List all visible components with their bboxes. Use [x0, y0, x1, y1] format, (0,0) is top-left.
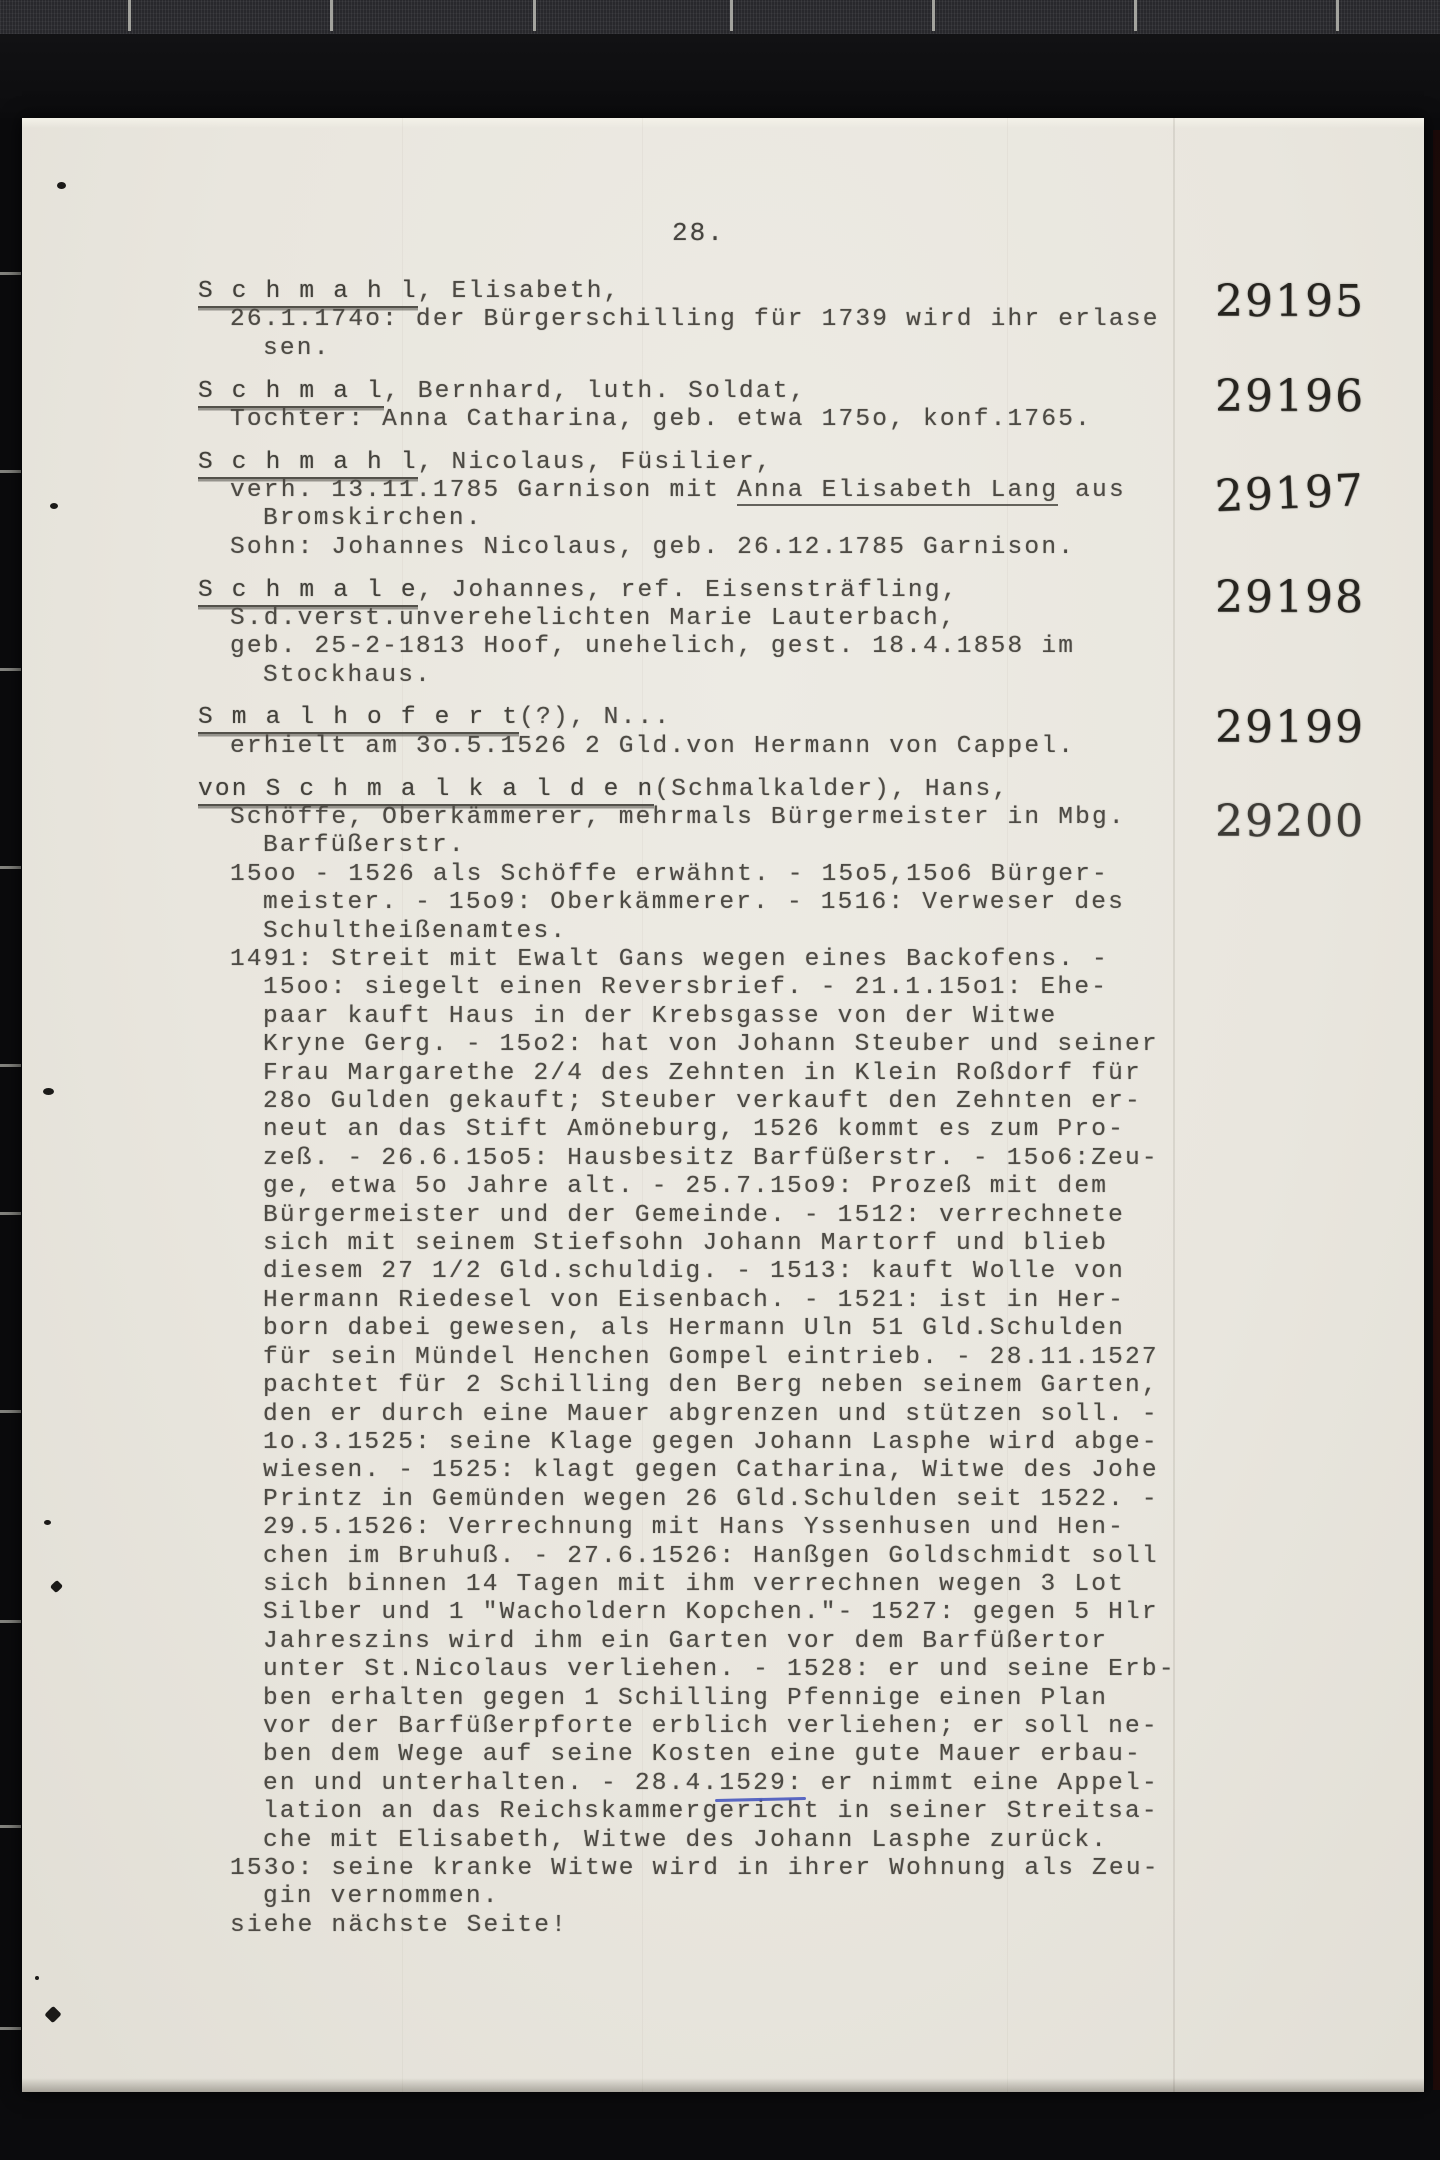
text-segment: Stockhaus. — [263, 662, 432, 689]
text-line: wiesen. - 1525: klagt gegen Catharina, W… — [263, 1457, 1258, 1485]
text-segment: 26.1.174o: der Bürgerschilling für 1739 … — [230, 306, 1160, 333]
text-segment: gin vernommen. — [263, 1883, 500, 1910]
film-frame-mark — [0, 1064, 21, 1067]
film-frame-mark — [932, 0, 935, 31]
text-segment: erhielt am 3o.5.1526 2 Gld.von Hermann v… — [230, 733, 1075, 760]
text-line: Bromskirchen. — [263, 505, 1258, 533]
text-segment: , Nicolaus, Füsilier, — [418, 449, 773, 476]
text-line: born dabei gewesen, als Hermann Uln 51 G… — [263, 1315, 1258, 1343]
underlined-text: S m a l h o f e r t — [198, 704, 519, 734]
text-segment: born dabei gewesen, als Hermann Uln 51 G… — [263, 1315, 1125, 1342]
text-segment: 29.5.1526: Verrechnung mit Hans Yssenhus… — [263, 1514, 1125, 1541]
text-line: S c h m a h l, Elisabeth, — [198, 278, 1258, 306]
film-frame-mark — [1134, 0, 1137, 31]
text-line: Printz in Gemünden wegen 26 Gld.Schulden… — [263, 1486, 1258, 1514]
register-entry: S c h m a l, Bernhard, luth. Soldat,Toch… — [198, 378, 1258, 435]
text-line: S m a l h o f e r t(?), N... — [198, 704, 1258, 732]
text-segment: , Johannes, ref. Eisensträfling, — [418, 577, 959, 604]
text-segment: Frau Margarethe 2/4 des Zehnten in Klein… — [263, 1060, 1142, 1087]
text-segment: (?), N... — [519, 704, 671, 731]
text-segment: sich binnen 14 Tagen mit ihm verrechnen … — [263, 1571, 1125, 1598]
text-segment: , Elisabeth, — [418, 278, 621, 305]
paper-speck — [50, 1580, 63, 1593]
text-line: zeß. - 26.6.15o5: Hausbesitz Barfüßerstr… — [263, 1145, 1258, 1173]
text-line: Stockhaus. — [263, 662, 1258, 690]
text-line: Barfüßerstr. — [263, 832, 1258, 860]
text-line: 28o Gulden gekauft; Steuber verkauft den… — [263, 1088, 1258, 1116]
text-line: von S c h m a l k a l d e n(Schmalkalder… — [198, 776, 1258, 804]
text-segment: che mit Elisabeth, Witwe des Johann Lasp… — [263, 1827, 1108, 1854]
text-line: gin vernommen. — [263, 1883, 1258, 1911]
film-frame-mark — [0, 668, 21, 671]
film-frame-mark — [533, 0, 536, 31]
text-segment: er nimmt eine Appel- — [804, 1770, 1159, 1797]
text-segment: vor der Barfüßerpforte erblich verliehen… — [263, 1713, 1159, 1740]
text-line: unter St.Nicolaus verliehen. - 1528: er … — [263, 1656, 1258, 1684]
text-segment: wiesen. - 1525: klagt gegen Catharina, W… — [263, 1457, 1159, 1484]
text-segment: paar kauft Haus in der Krebsgasse von de… — [263, 1003, 1057, 1030]
paper-speck — [44, 1520, 51, 1525]
text-line: Jahreszins wird ihm ein Garten vor dem B… — [263, 1628, 1258, 1656]
film-frame-mark — [730, 0, 733, 31]
text-segment: verh. 13.11.1785 Garnison mit — [230, 477, 737, 504]
text-segment: lation an das Reichskammergericht in sei… — [263, 1798, 1159, 1825]
text-line: paar kauft Haus in der Krebsgasse von de… — [263, 1003, 1258, 1031]
text-segment: Schöffe, Oberkämmerer, mehrmals Bürgerme… — [230, 804, 1126, 831]
photo-right-edge — [1433, 130, 1440, 2090]
text-segment: den er durch eine Mauer abgrenzen und st… — [263, 1401, 1159, 1428]
text-line: siehe nächste Seite! — [230, 1912, 1258, 1940]
text-segment: unter St.Nicolaus verliehen. - 1528: er … — [263, 1656, 1176, 1683]
text-segment: 153o: seine kranke Witwe wird in ihrer W… — [230, 1855, 1160, 1882]
underlined-text: Anna Elisabeth Lang — [737, 477, 1058, 506]
register-entry: von S c h m a l k a l d e n(Schmalkalder… — [198, 776, 1258, 1941]
text-line: ben erhalten gegen 1 Schilling Pfennige … — [263, 1685, 1258, 1713]
text-line: 1491: Streit mit Ewalt Gans wegen eines … — [230, 946, 1258, 974]
underlined-text: S c h m a h l — [198, 449, 418, 479]
text-line: chen im Bruhuß. - 27.6.1526: Hanßgen Gol… — [263, 1543, 1258, 1571]
film-frame-mark — [0, 470, 21, 473]
text-line: 15oo: siegelt einen Reversbrief. - 21.1.… — [263, 974, 1258, 1002]
text-segment: neut an das Stift Amöneburg, 1526 kommt … — [263, 1116, 1125, 1143]
text-segment: diesem 27 1/2 Gld.schuldig. - 1513: kauf… — [263, 1258, 1125, 1285]
text-segment: Silber und 1 "Wacholdern Kopchen."- 1527… — [263, 1599, 1159, 1626]
text-segment: 15oo - 1526 als Schöffe erwähnt. - 15o5,… — [230, 861, 1109, 888]
text-line: meister. - 15o9: Oberkämmerer. - 1516: V… — [263, 889, 1258, 917]
text-line: neut an das Stift Amöneburg, 1526 kommt … — [263, 1116, 1258, 1144]
text-line: pachtet für 2 Schilling den Berg neben s… — [263, 1372, 1258, 1400]
text-line: Silber und 1 "Wacholdern Kopchen."- 1527… — [263, 1599, 1258, 1627]
text-segment: sen. — [263, 335, 331, 362]
text-line: ben dem Wege auf seine Kosten eine gute … — [263, 1741, 1258, 1769]
text-segment: ben erhalten gegen 1 Schilling Pfennige … — [263, 1685, 1108, 1712]
film-frame-mark — [0, 1212, 21, 1215]
text-line: 15oo - 1526 als Schöffe erwähnt. - 15o5,… — [230, 861, 1258, 889]
text-segment: Jahreszins wird ihm ein Garten vor dem B… — [263, 1628, 1108, 1655]
register-entry: S c h m a h l, Elisabeth,26.1.174o: der … — [198, 278, 1258, 363]
text-line: Hermann Riedesel von Eisenbach. - 1521: … — [263, 1287, 1258, 1315]
underlined-text: S c h m a l — [198, 378, 384, 408]
text-line: Schöffe, Oberkämmerer, mehrmals Bürgerme… — [230, 804, 1258, 832]
underlined-text: S c h m a l e — [198, 577, 418, 607]
paper-speck — [44, 2006, 61, 2023]
text-line: Tochter: Anna Catharina, geb. etwa 175o,… — [230, 406, 1258, 434]
text-line: 1o.3.1525: seine Klage gegen Johann Lasp… — [263, 1429, 1258, 1457]
text-line: Frau Margarethe 2/4 des Zehnten in Klein… — [263, 1060, 1258, 1088]
text-segment: geb. 25-2-1813 Hoof, unehelich, gest. 18… — [230, 633, 1075, 660]
film-frame-mark — [1336, 0, 1339, 31]
text-segment: (Schmalkalder), Hans, — [654, 776, 1009, 803]
paper-speck — [57, 182, 66, 189]
text-segment: chen im Bruhuß. - 27.6.1526: Hanßgen Gol… — [263, 1543, 1159, 1570]
text-segment: Sohn: Johannes Nicolaus, geb. 26.12.1785… — [230, 534, 1075, 561]
entries-container: S c h m a h l, Elisabeth,26.1.174o: der … — [198, 278, 1258, 1955]
text-segment: , Bernhard, luth. Soldat, — [384, 378, 807, 405]
text-line: 29.5.1526: Verrechnung mit Hans Yssenhus… — [263, 1514, 1258, 1542]
text-line: S c h m a l e, Johannes, ref. Eisensträf… — [198, 577, 1258, 605]
text-segment: 15oo: siegelt einen Reversbrief. - 21.1.… — [263, 974, 1108, 1001]
text-line: ge, etwa 5o Jahre alt. - 25.7.15o9: Proz… — [263, 1173, 1258, 1201]
paper-speck — [35, 1976, 39, 1980]
film-frame-mark — [330, 0, 333, 31]
text-segment: sich mit seinem Stiefsohn Johann Martorf… — [263, 1230, 1108, 1257]
text-segment: zeß. - 26.6.15o5: Hausbesitz Barfüßerstr… — [263, 1145, 1159, 1172]
text-line: S c h m a h l, Nicolaus, Füsilier, — [198, 449, 1258, 477]
paper-speck — [50, 503, 58, 509]
text-line: für sein Mündel Henchen Gompel eintrieb.… — [263, 1344, 1258, 1372]
text-line: sich mit seinem Stiefsohn Johann Martorf… — [263, 1230, 1258, 1258]
text-segment: aus — [1058, 477, 1126, 504]
film-frame-mark — [0, 272, 21, 275]
text-line: lation an das Reichskammergericht in sei… — [263, 1798, 1258, 1826]
film-frame-mark — [0, 2027, 21, 2030]
document-page: 28. S c h m a h l, Elisabeth,26.1.174o: … — [22, 118, 1424, 2092]
text-segment: en und unterhalten. - 28.4. — [263, 1770, 719, 1797]
text-line: Schultheißenamtes. — [263, 918, 1258, 946]
photo-black-band — [0, 34, 1440, 118]
text-segment: S.d.verst.unverehelichten Marie Lauterba… — [230, 605, 957, 632]
text-segment: Bürgermeister und der Gemeinde. - 1512: … — [263, 1202, 1125, 1229]
text-segment: 28o Gulden gekauft; Steuber verkauft den… — [263, 1088, 1142, 1115]
text-line: Bürgermeister und der Gemeinde. - 1512: … — [263, 1202, 1258, 1230]
text-line: diesem 27 1/2 Gld.schuldig. - 1513: kauf… — [263, 1258, 1258, 1286]
page-number: 28. — [672, 218, 725, 248]
text-line: Sohn: Johannes Nicolaus, geb. 26.12.1785… — [230, 534, 1258, 562]
film-frame-mark — [0, 1410, 21, 1413]
underlined-text: S c h m a h l — [198, 278, 418, 308]
text-segment: ben dem Wege auf seine Kosten eine gute … — [263, 1741, 1142, 1768]
text-line: vor der Barfüßerpforte erblich verliehen… — [263, 1713, 1258, 1741]
film-frame-mark — [0, 1825, 21, 1828]
text-line: che mit Elisabeth, Witwe des Johann Lasp… — [263, 1827, 1258, 1855]
text-line: 153o: seine kranke Witwe wird in ihrer W… — [230, 1855, 1258, 1883]
text-segment: 1o.3.1525: seine Klage gegen Johann Lasp… — [263, 1429, 1159, 1456]
text-line: verh. 13.11.1785 Garnison mit Anna Elisa… — [230, 477, 1258, 505]
text-line: sen. — [263, 335, 1258, 363]
text-line: erhielt am 3o.5.1526 2 Gld.von Hermann v… — [230, 733, 1258, 761]
text-segment: Bromskirchen. — [263, 505, 483, 532]
paper-speck — [43, 1088, 54, 1095]
text-segment: siehe nächste Seite! — [230, 1912, 568, 1939]
text-segment: Kryne Gerg. - 15o2: hat von Johann Steub… — [263, 1031, 1159, 1058]
text-segment: Hermann Riedesel von Eisenbach. - 1521: … — [263, 1287, 1125, 1314]
text-line: S c h m a l, Bernhard, luth. Soldat, — [198, 378, 1258, 406]
register-entry: S c h m a h l, Nicolaus, Füsilier,verh. … — [198, 449, 1258, 563]
text-segment: pachtet für 2 Schilling den Berg neben s… — [263, 1372, 1159, 1399]
text-line: S.d.verst.unverehelichten Marie Lauterba… — [230, 605, 1258, 633]
text-segment: ge, etwa 5o Jahre alt. - 25.7.15o9: Proz… — [263, 1173, 1108, 1200]
text-line: den er durch eine Mauer abgrenzen und st… — [263, 1401, 1258, 1429]
film-frame-mark — [128, 0, 131, 31]
film-frame-mark — [0, 866, 21, 869]
text-segment: 1491: Streit mit Ewalt Gans wegen eines … — [230, 946, 1109, 973]
register-entry: S m a l h o f e r t(?), N...erhielt am 3… — [198, 704, 1258, 761]
underlined-text: 1529: — [719, 1770, 804, 1797]
underlined-text: von S c h m a l k a l d e n — [198, 776, 654, 806]
text-segment: Tochter: Anna Catharina, geb. etwa 175o,… — [230, 406, 1092, 433]
text-line: en und unterhalten. - 28.4.1529: er nimm… — [263, 1770, 1258, 1798]
register-entry: S c h m a l e, Johannes, ref. Eisensträf… — [198, 577, 1258, 691]
text-line: geb. 25-2-1813 Hoof, unehelich, gest. 18… — [230, 633, 1258, 661]
text-line: 26.1.174o: der Bürgerschilling für 1739 … — [230, 306, 1258, 334]
text-line: Kryne Gerg. - 15o2: hat von Johann Steub… — [263, 1031, 1258, 1059]
text-segment: Barfüßerstr. — [263, 832, 466, 859]
film-frame-mark — [0, 1620, 21, 1623]
text-segment: meister. - 15o9: Oberkämmerer. - 1516: V… — [263, 889, 1125, 916]
text-segment: für sein Mündel Henchen Gompel eintrieb.… — [263, 1344, 1159, 1371]
text-segment: Schultheißenamtes. — [263, 918, 567, 945]
text-segment: Printz in Gemünden wegen 26 Gld.Schulden… — [263, 1486, 1159, 1513]
text-line: sich binnen 14 Tagen mit ihm verrechnen … — [263, 1571, 1258, 1599]
film-strip-texture — [0, 0, 1440, 34]
